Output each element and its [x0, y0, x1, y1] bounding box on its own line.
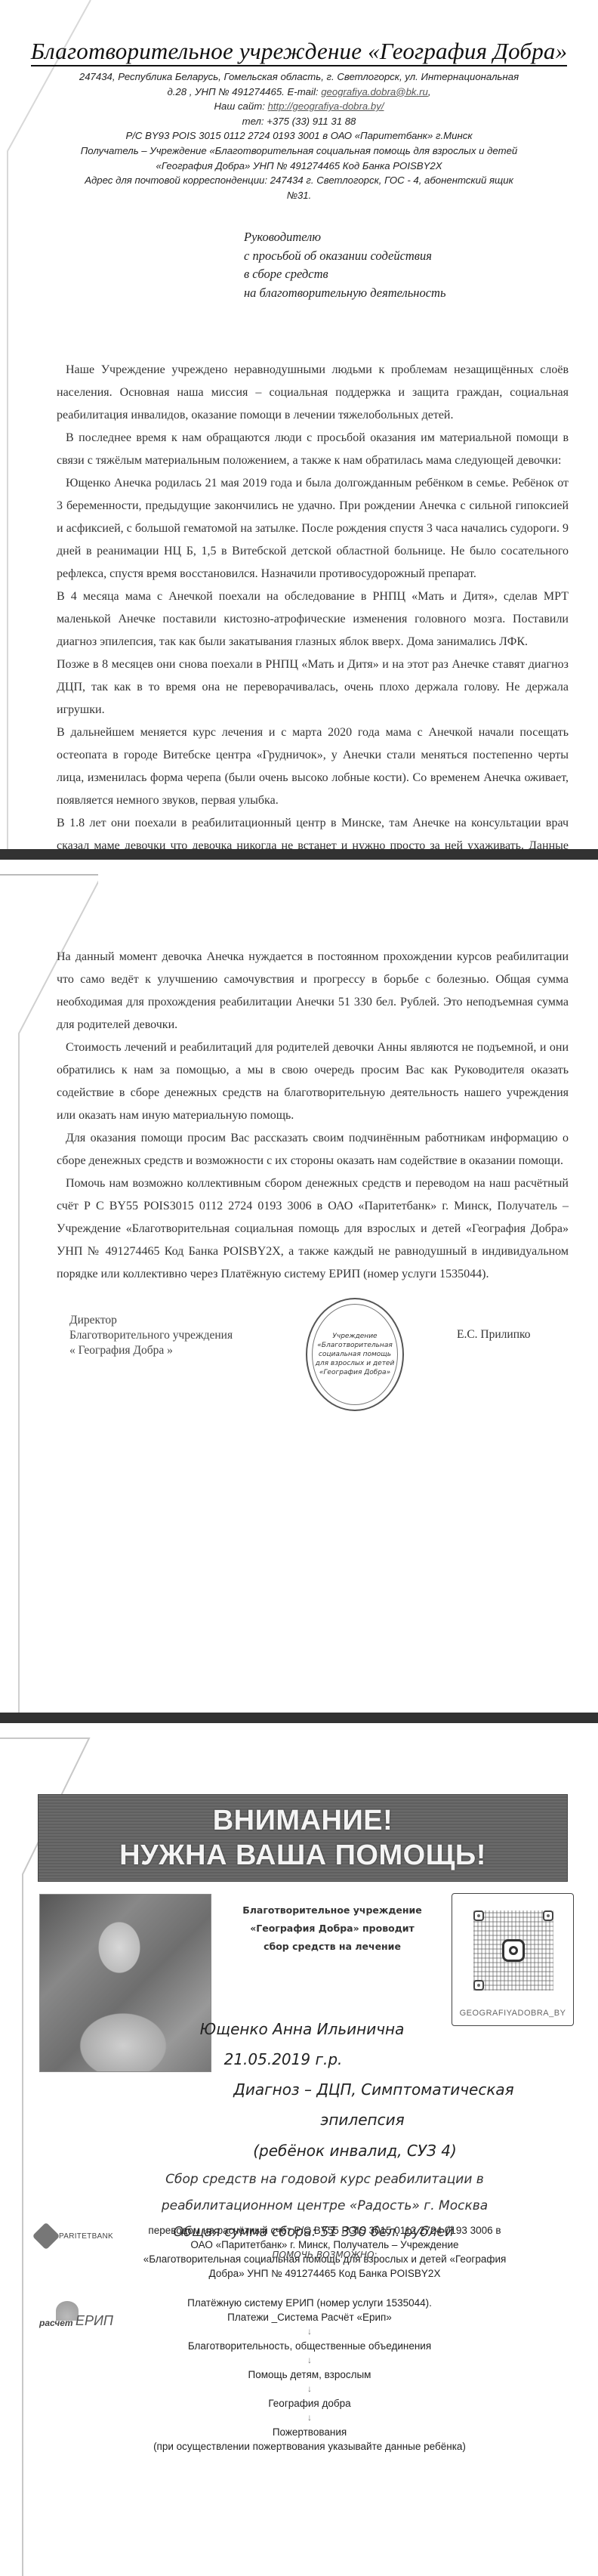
paritetbank-icon: [32, 2222, 60, 2250]
erip-path-step: Помощь детям, взрослым: [91, 2368, 529, 2382]
bank-transfer-details: переводом на расчётный счёт Р/С BY55 POI…: [106, 2223, 544, 2281]
qr-corner-icon: [543, 1910, 553, 1921]
org-phone: тел: +375 (33) 911 31 88: [30, 114, 568, 129]
instagram-icon: [502, 1939, 525, 1962]
org-postal-line2: №31.: [30, 188, 568, 203]
child-name: Ющенко Анна Ильинична: [159, 2014, 445, 2044]
addressee-block: Руководителю с просьбой об оказании соде…: [244, 228, 516, 302]
page-separator: [0, 1713, 598, 1723]
instagram-qr-code[interactable]: GEOGRAFIYADOBRA_BY: [452, 1893, 574, 2026]
qr-corner-icon: [473, 1910, 484, 1921]
email-link[interactable]: geografiya.dobra@bk.ru: [321, 86, 428, 97]
arrow-down-icon: ↓: [91, 2353, 529, 2368]
letter-page-2: На данный момент девочка Анечка нуждаетс…: [0, 860, 598, 1713]
org-address: 247434, Республика Беларусь, Гомельская …: [30, 69, 568, 85]
paragraph: Помочь нам возможно коллективным сбором …: [57, 1172, 569, 1286]
arrow-down-icon: ↓: [91, 2324, 529, 2339]
paragraph: В 1.8 лет они поехали в реабилитационный…: [57, 812, 569, 849]
diagnosis: Диагноз – ДЦП, Симптоматическая: [196, 2074, 551, 2105]
site-link[interactable]: http://geografiya-dobra.by/: [268, 100, 384, 112]
paragraph: Позже в 8 месяцев они снова поехали в РН…: [57, 653, 569, 721]
banner-line: НУЖНА ВАША ПОМОЩЬ!: [119, 1838, 486, 1873]
addressee-line: в сборе средств: [244, 265, 516, 284]
signatory-name: Е.С. Прилипко: [457, 1328, 531, 1342]
paragraph: Стоимость лечений и реабилитаций для род…: [57, 1036, 569, 1127]
qr-pattern: [473, 1910, 553, 1991]
attention-banner: ВНИМАНИЕ! НУЖНА ВАША ПОМОЩЬ!: [38, 1794, 568, 1882]
qr-corner-icon: [473, 1980, 484, 1991]
poster-org-text: Благотворительное учреждение «География …: [219, 1901, 445, 1956]
fundraising-poster-page: ВНИМАНИЕ! НУЖНА ВАША ПОМОЩЬ! Благотворит…: [0, 1723, 598, 2576]
paragraph: Наше Учреждение учреждено неравнодушными…: [57, 359, 569, 427]
letterhead-title: Благотворительное учреждение «География …: [0, 38, 598, 65]
erip-path-step: Пожертвования: [91, 2425, 529, 2439]
erip-line: Платёжную систему ЕРИП (номер услуги 153…: [91, 2296, 529, 2310]
erip-line: Платежи _Система Расчёт «Ерип»: [91, 2310, 529, 2324]
org-recipient-line2: «География Добра» УНП № 491274465 Код Ба…: [30, 159, 568, 174]
addressee-line: Руководителю: [244, 228, 516, 247]
paragraph: На данный момент девочка Анечка нуждаетс…: [57, 946, 569, 1036]
paritetbank-logo: PARITETBANK: [36, 2226, 113, 2246]
arrow-down-icon: ↓: [91, 2411, 529, 2425]
signatory-title: Директор Благотворительного учреждения «…: [69, 1313, 281, 1358]
letter-body-page-1: Наше Учреждение учреждено неравнодушными…: [57, 359, 569, 849]
paragraph: Ющенко Анечка родилась 21 мая 2019 года …: [57, 472, 569, 585]
erip-path-step: Благотворительность, общественные объеди…: [91, 2339, 529, 2353]
letter-page-1: Благотворительное учреждение «География …: [0, 0, 598, 849]
banner-line: ВНИМАНИЕ!: [213, 1803, 393, 1838]
addressee-line: на благотворительную деятельность: [244, 284, 516, 303]
erip-note: (при осуществлении пожертвования указыва…: [91, 2439, 529, 2454]
org-recipient: Получатель – Учреждение «Благотворительн…: [30, 144, 568, 159]
org-site: Наш сайт: http://geografiya-dobra.by/: [30, 99, 568, 114]
letter-body-page-2: На данный момент девочка Анечка нуждаетс…: [57, 946, 569, 1286]
paragraph: В дальнейшем меняется курс лечения и с м…: [57, 721, 569, 812]
letterhead-info: 247434, Республика Беларусь, Гомельская …: [30, 69, 568, 202]
disability-status: (ребёнок инвалид, СУЗ 4): [196, 2135, 513, 2167]
diagnosis-line2: эпилепсия: [249, 2105, 476, 2135]
erip-path-step: География добра: [91, 2396, 529, 2411]
official-stamp: Учреждение «Благотворительная социальная…: [306, 1298, 404, 1411]
org-postal: Адрес для почтовой корреспонденции: 2474…: [30, 173, 568, 188]
erip-payment-path: Платёжную систему ЕРИП (номер услуги 153…: [91, 2296, 529, 2454]
paragraph: Для оказания помощи просим Вас рассказат…: [57, 1127, 569, 1172]
org-account: Р/С BY93 POIS 3015 0112 2724 0193 3001 в…: [30, 128, 568, 144]
org-address-line2: д.28 , УНП № 491274465. E-mail: geografi…: [30, 85, 568, 100]
page-separator: [0, 849, 598, 860]
arrow-down-icon: ↓: [91, 2382, 529, 2396]
paragraph: В 4 месяца мама с Анечкой поехали на обс…: [57, 585, 569, 653]
qr-label: GEOGRAFIYADOBRA_BY: [452, 2009, 573, 2018]
birth-date: 21.05.2019 г.р.: [151, 2044, 415, 2074]
fundraising-goal: Сбор средств на годовой курс реабилитаци…: [121, 2167, 529, 2219]
paragraph: В последнее время к нам обращаются люди …: [57, 427, 569, 472]
addressee-line: с просьбой об оказании содействия: [244, 247, 516, 266]
